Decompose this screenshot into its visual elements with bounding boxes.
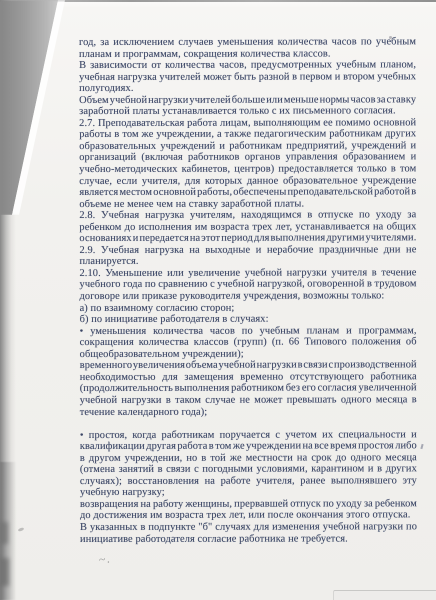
text-line: • простоя, когда работникам поручается с… [80, 429, 417, 441]
scan-shadow-band [0, 558, 9, 586]
text-line: учебную нагрузку; [80, 487, 417, 499]
text-line: договоре или приказе руководителя учрежд… [80, 290, 417, 302]
pencil-squiggle: ~. [98, 551, 111, 567]
text-line: б) по инициативе работодателя в случаях: [80, 313, 417, 325]
text-line: сокращения количества классов (групп) (п… [80, 337, 417, 349]
text-line: В указанных в подпункте "б" случаях для … [80, 521, 417, 533]
scan-shadow-band [0, 522, 8, 544]
text-line: случаях); восстановления на работе учите… [80, 475, 417, 487]
paper-top-highlight [0, 2, 436, 8]
text-line: учебного года по сравнению с учебной наг… [80, 279, 417, 291]
scanned-page: год, за исключением случаев уменьшения к… [0, 0, 436, 600]
scan-speck [420, 444, 423, 449]
text-line: учебно-методических кабинетов, центров) … [79, 163, 416, 175]
text-line: (отмена занятий в связи с погодными усло… [80, 464, 417, 476]
text-line: планируется. [79, 256, 416, 268]
text-line: временного увеличения объема учебной наг… [80, 360, 417, 372]
text-line: случае, если учителя, для которых данное… [79, 175, 416, 187]
text-line: ребенком до исполнения им возраста трех … [79, 221, 416, 233]
text-line: возвращения на работу женщины, прервавше… [80, 498, 417, 510]
text-line: год, за исключением случаев уменьшения к… [79, 36, 416, 48]
text-line: в другом учреждении, но в той же местнос… [80, 452, 417, 464]
text-line: течение календарного года); [80, 406, 417, 418]
text-line: основаниях и передается на этот период д… [79, 233, 416, 245]
text-line: учебная нагрузка учителей может быть раз… [79, 71, 416, 83]
text-line: работы в том же учреждении, а также педа… [79, 129, 416, 141]
text-line: заработной платы устанавливается только … [79, 106, 416, 118]
document-text: год, за исключением случаев уменьшения к… [79, 36, 417, 545]
text-line: а) по взаимному согласию сторон; [80, 302, 417, 314]
text-line [80, 417, 417, 429]
text-line: 2.8. Учебная нагрузка учителям, находящи… [79, 209, 416, 221]
text-line: инициативе работодателя согласие работни… [80, 533, 417, 545]
text-line: организаций (включая работников органов … [79, 152, 416, 164]
scan-speck [18, 527, 25, 532]
text-line: 2.9. Учебная нагрузка на выходные и нера… [79, 244, 416, 256]
text-line: В зависимости от количества часов, преду… [79, 59, 416, 71]
scan-speck [389, 36, 392, 39]
underlying-page-edge [333, 590, 436, 600]
text-line: объеме не менее чем на ставку заработной… [79, 198, 416, 210]
text-line: учебной нагрузки в таком случае не может… [80, 394, 417, 406]
text-line: • уменьшения количества часов по учебным… [80, 325, 417, 337]
text-line: квалификации другая работа в том же учре… [80, 440, 417, 452]
text-line: (продолжительность выполнения работником… [80, 383, 417, 395]
text-line: полугодиях. [79, 82, 416, 94]
text-line: планам и программам, сокращения количест… [79, 48, 416, 60]
text-line: до достижения им возраста трех лет, или … [80, 510, 417, 522]
text-line: является местом основной работы, обеспеч… [79, 186, 416, 198]
